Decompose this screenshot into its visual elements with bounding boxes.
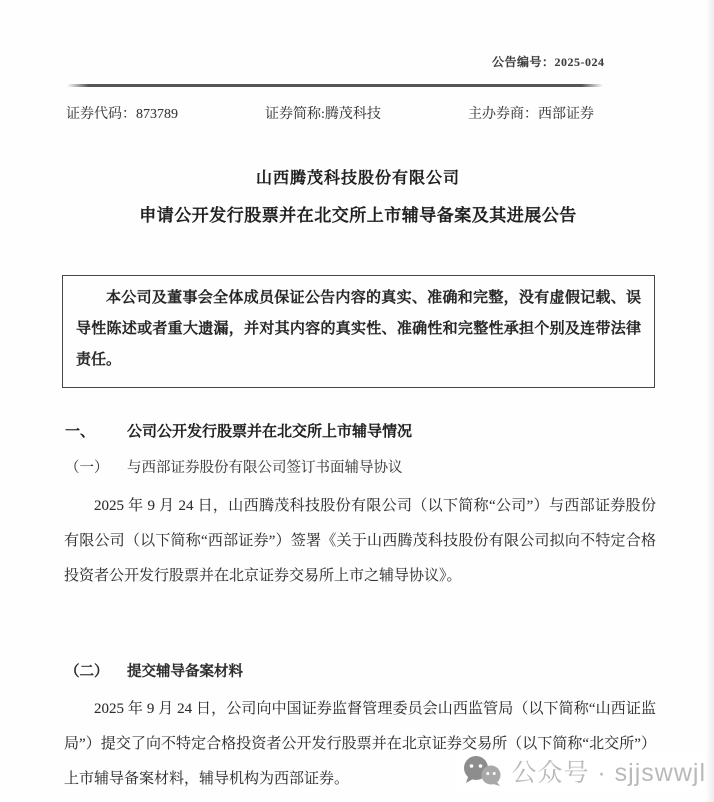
scan-edge-shadow [706,0,714,802]
subsection-1-1-number: （一） [65,456,127,477]
section-1-title: 公司公开发行股票并在北交所上市辅导情况 [127,424,412,440]
header-divider-rule [67,84,603,87]
wechat-icon [461,755,503,787]
company-title: 山西腾茂科技股份有限公司 [62,165,654,188]
subsection-1-1-heading: （一）与西部证券股份有限公司签订书面辅导协议 [65,456,657,477]
declaration-box: 本公司及董事会全体成员保证公告内容的真实、准确和完整，没有虚假记载、误导性陈述或… [62,275,655,388]
subsection-1-1-title: 与西部证券股份有限公司签订书面辅导协议 [127,460,403,476]
section-1-heading: 一、公司公开发行股票并在北交所上市辅导情况 [65,420,657,441]
subsection-1-1-paragraph: 2025 年 9 月 24 日，山西腾茂科技股份有限公司（以下简称“公司”）与西… [64,489,656,594]
declaration-text: 本公司及董事会全体成员保证公告内容的真实、准确和完整，没有虚假记载、误导性陈述或… [76,290,641,368]
subsection-1-2-heading: （二）提交辅导备案材料 [65,660,657,681]
subsection-1-2-number: （二） [65,660,127,681]
section-1-number: 一、 [65,420,127,441]
subsection-1-2-title: 提交辅导备案材料 [127,664,243,680]
securities-header-row: 证券代码：873789 证券简称:腾茂科技 主办券商：西部证券 [66,103,594,123]
sponsor-broker: 主办券商：西部证券 [468,103,594,123]
stock-code: 证券代码：873789 [66,103,178,123]
announcement-document-page: 公告编号：2025-024 证券代码：873789 证券简称:腾茂科技 主办券商… [0,0,714,802]
stock-short-name: 证券简称:腾茂科技 [265,103,381,123]
wechat-watermark: 公众号 · sjjswwjl [457,751,706,791]
watermark-text: 公众号 · sjjswwjl [511,753,706,789]
announcement-title: 申请公开发行股票并在北交所上市辅导备案及其进展公告 [62,201,654,226]
notice-number: 公告编号：2025-024 [492,53,652,70]
